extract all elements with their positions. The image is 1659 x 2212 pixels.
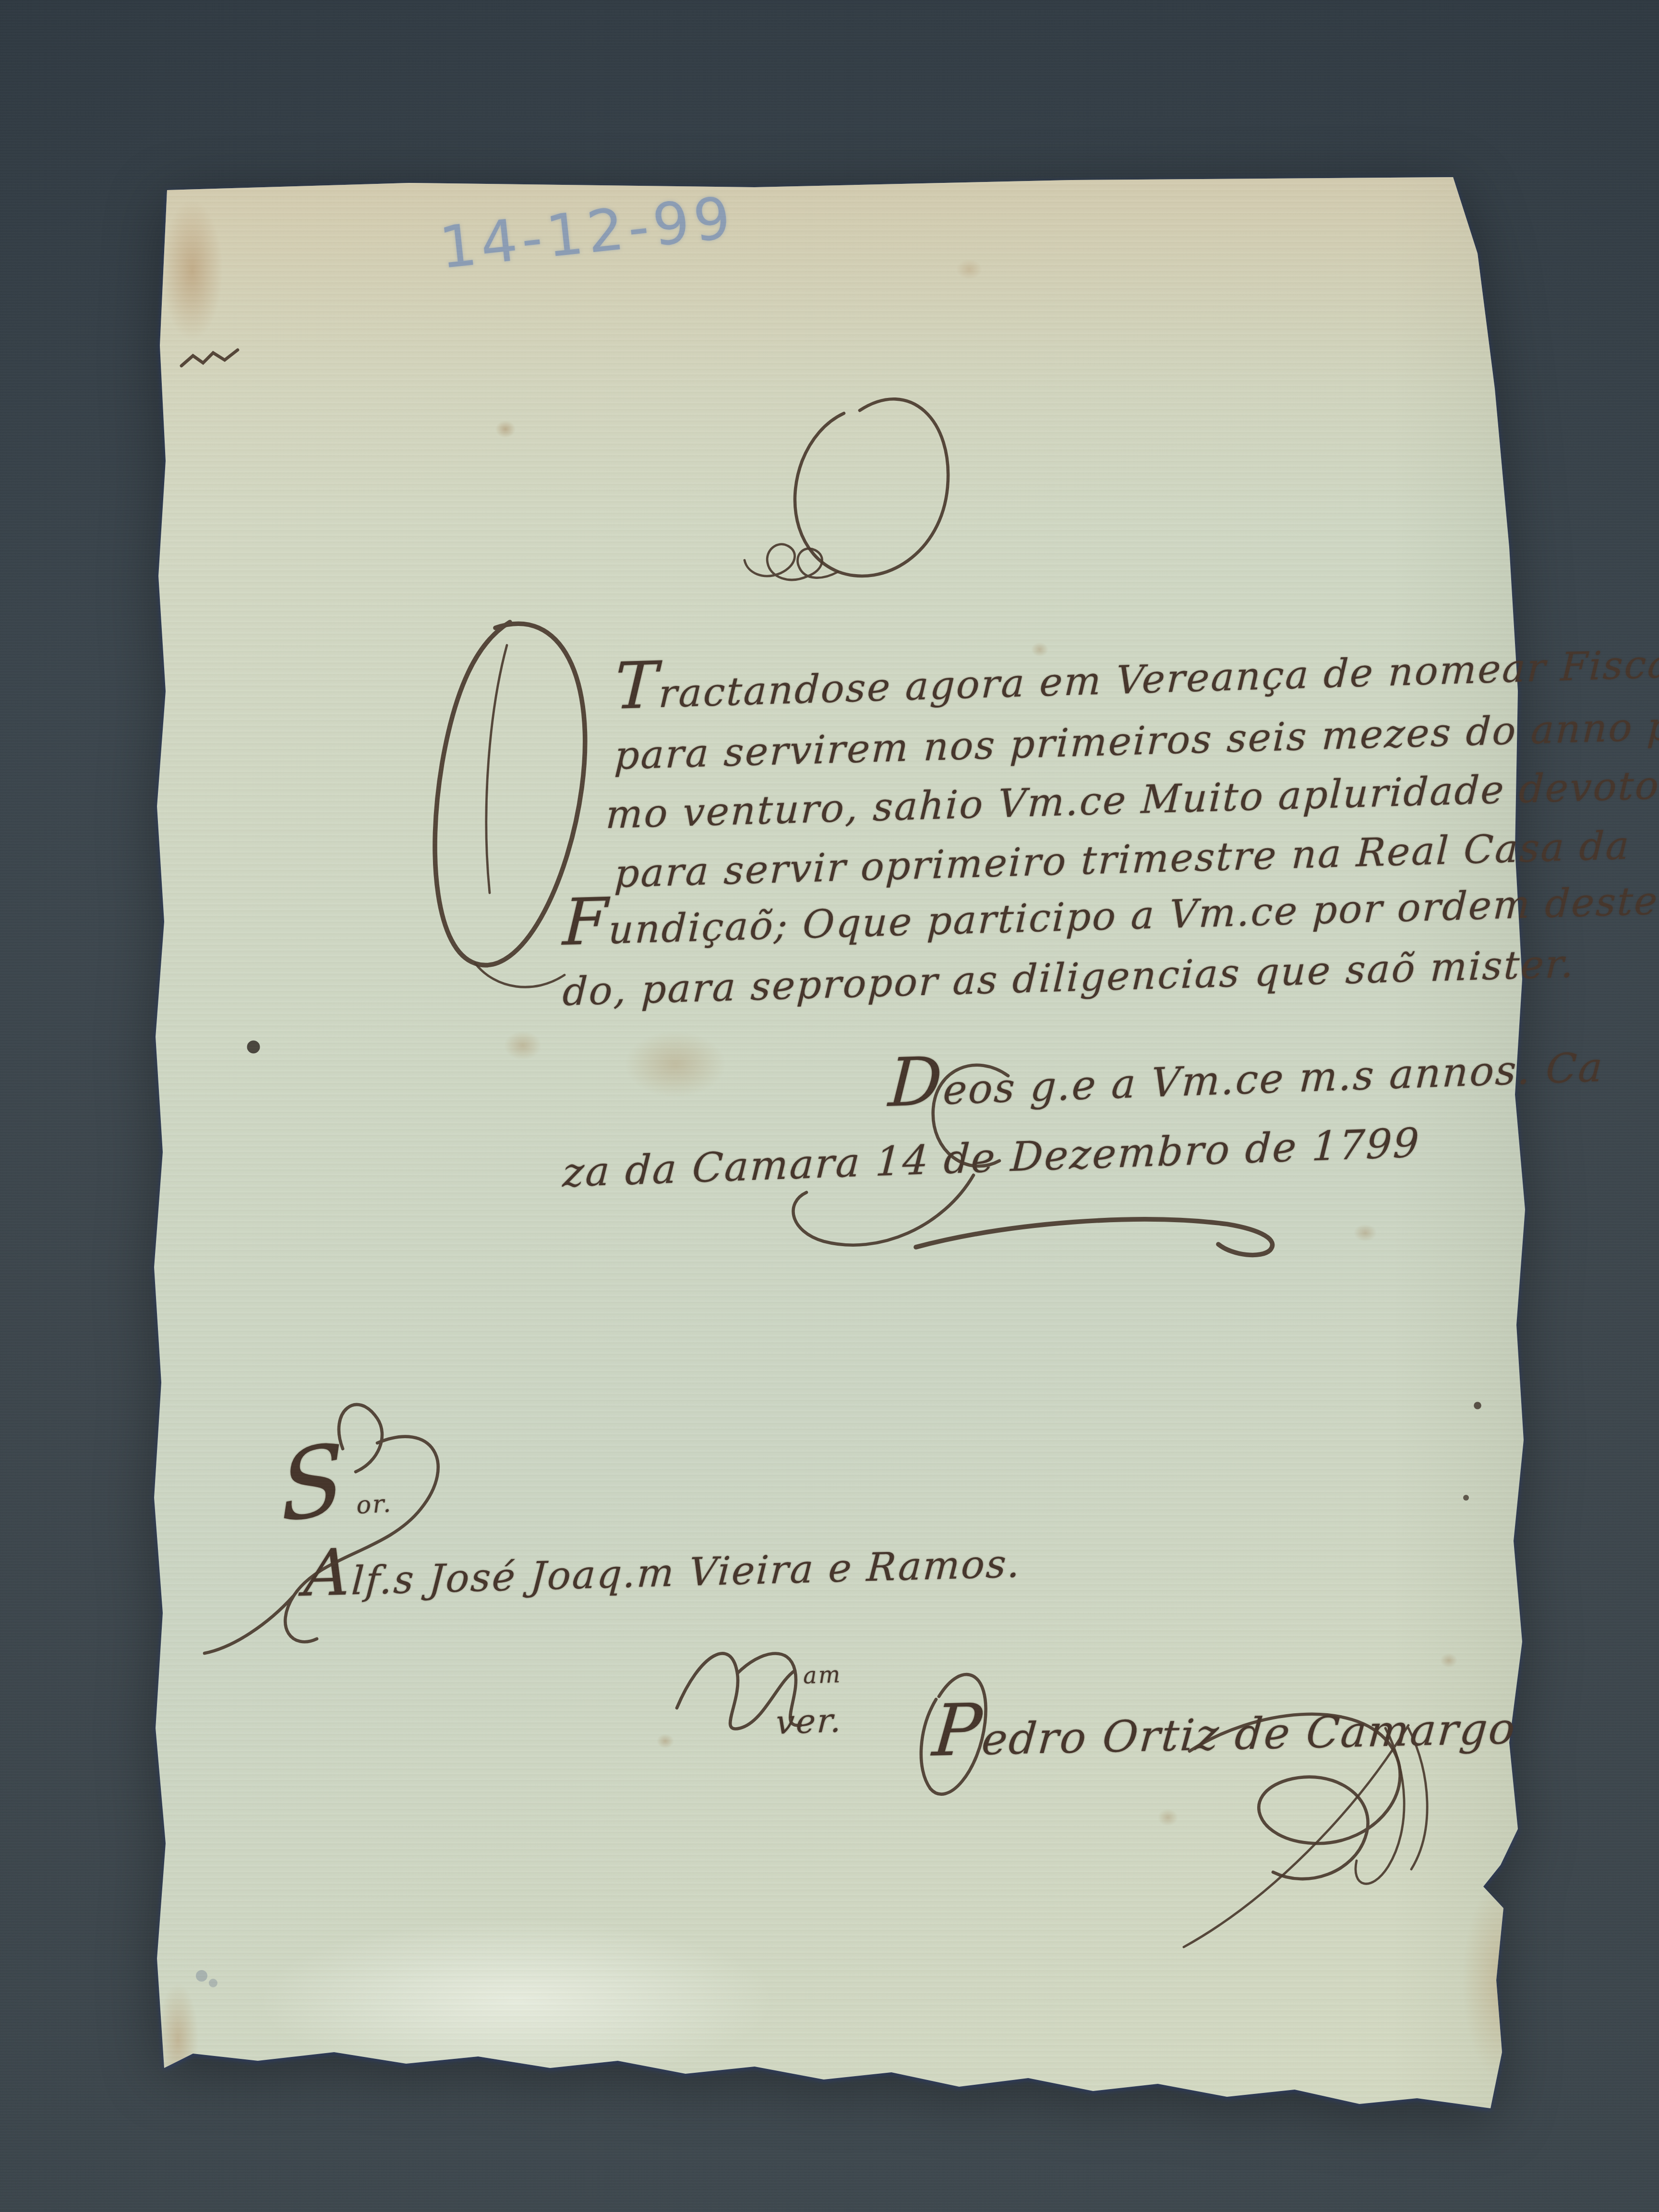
paper-stain <box>1158 1809 1178 1826</box>
paper-stain <box>625 1031 726 1097</box>
photo-viewport: 14-12-99 Tractandose agora em Vereança d… <box>0 0 1659 2212</box>
paper-stain <box>495 421 516 438</box>
paper-stain <box>504 1031 541 1060</box>
paper-stain <box>657 1734 674 1748</box>
salutation-initial: S <box>278 1422 348 1545</box>
paper-stain <box>1440 1653 1457 1668</box>
closing-abbreviation: ver. <box>775 1703 843 1743</box>
closing-superscript: am <box>803 1660 842 1689</box>
paper-stain <box>956 259 982 279</box>
manuscript-photo: 14-12-99 Tractandose agora em Vereança d… <box>0 0 1659 2212</box>
paper-stain <box>1031 642 1048 657</box>
paper-stain <box>1354 1224 1377 1241</box>
salutation-superscript: or. <box>356 1490 393 1521</box>
